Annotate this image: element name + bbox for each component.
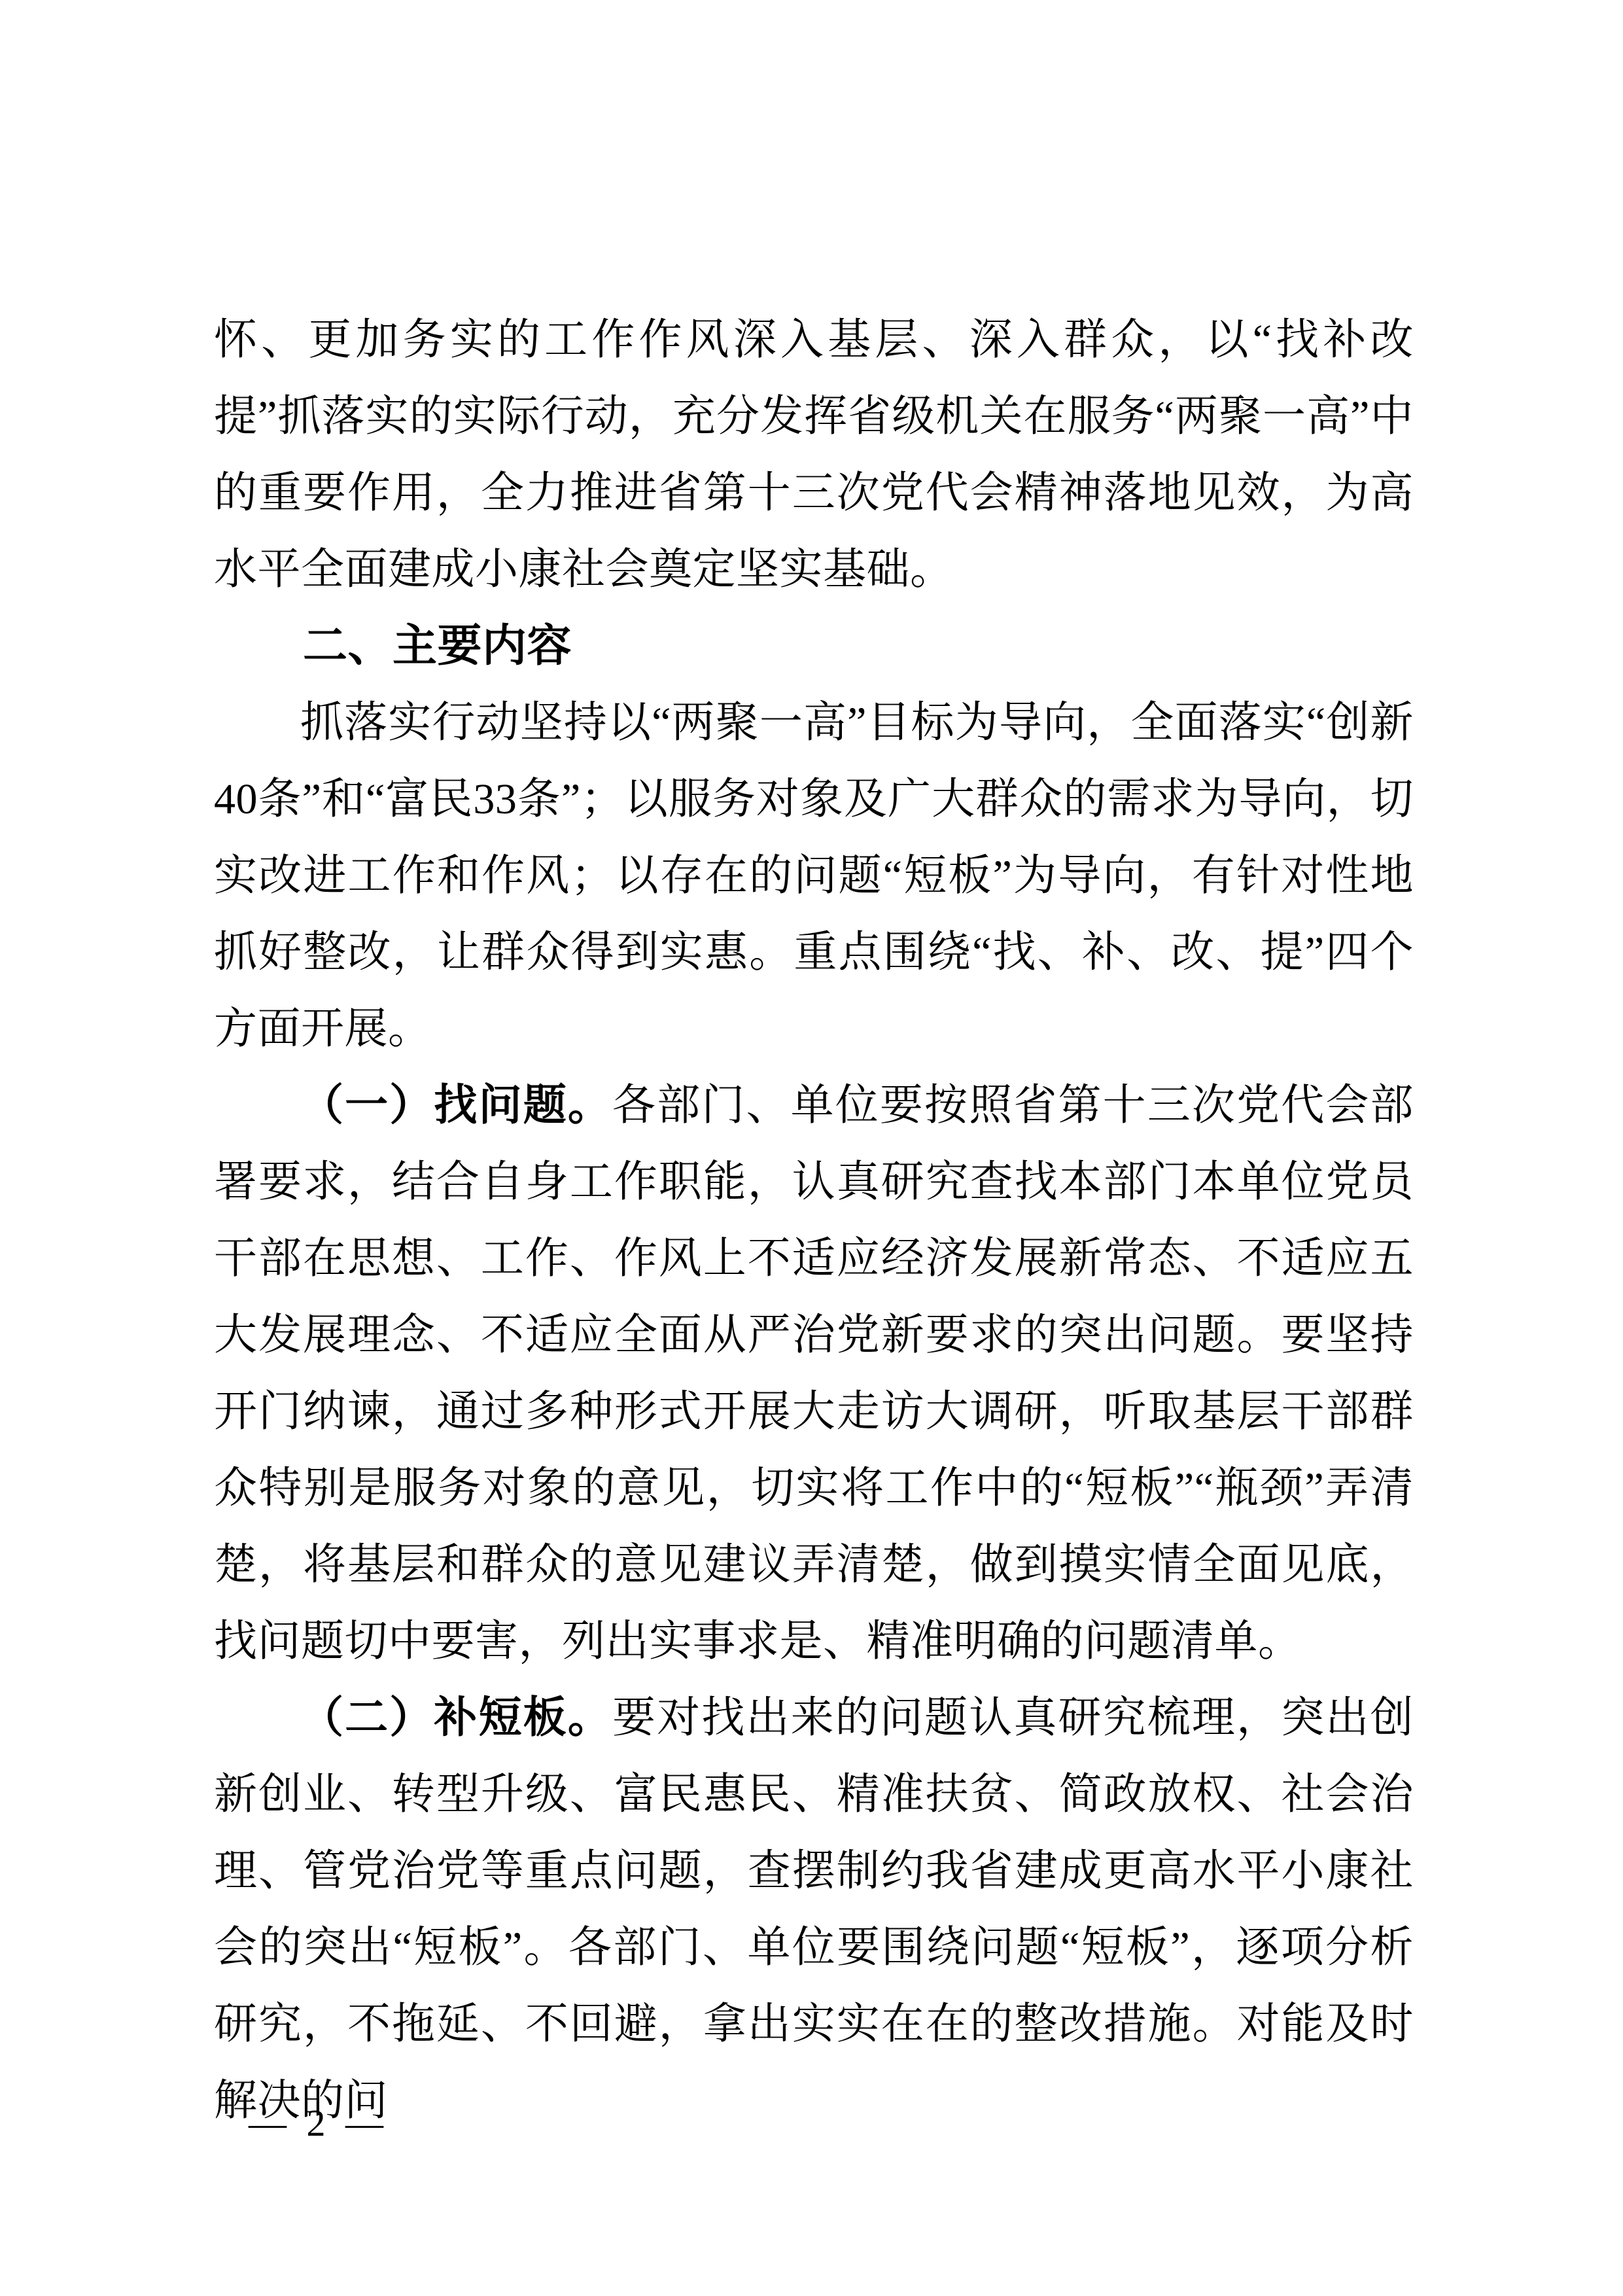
document-body: 怀、更加务实的工作作风深入基层、深入群众，以“找补改提”抓落实的实际行动，充分发… xyxy=(214,302,1414,2139)
page-number: — 2 — xyxy=(249,2100,383,2146)
paragraph: 抓落实行动坚持以“两聚一高”目标为导向，全面落实“创新40条”和“富民33条”；… xyxy=(214,684,1414,1067)
paragraph-text: 各部门、单位要按照省第十三次党代会部署要求，结合自身工作职能，认真研究查找本部门… xyxy=(214,1082,1414,1665)
document-page: 怀、更加务实的工作作风深入基层、深入群众，以“找补改提”抓落实的实际行动，充分发… xyxy=(0,0,1623,2296)
paragraph-item-two: （二）补短板。要对找出来的问题认真研究梳理，突出创新创业、转型升级、富民惠民、精… xyxy=(214,1680,1414,2139)
paragraph-continuation: 怀、更加务实的工作作风深入基层、深入群众，以“找补改提”抓落实的实际行动，充分发… xyxy=(214,302,1414,608)
paragraph-lead: （二）补短板。 xyxy=(300,1694,612,1742)
paragraph-item-one: （一）找问题。各部门、单位要按照省第十三次党代会部署要求，结合自身工作职能，认真… xyxy=(214,1067,1414,1680)
paragraph-text: 要对找出来的问题认真研究梳理，突出创新创业、转型升级、富民惠民、精准扶贫、简政放… xyxy=(214,1694,1414,2125)
paragraph-lead: （一）找问题。 xyxy=(300,1082,612,1129)
section-heading: 二、主要内容 xyxy=(214,608,1414,684)
